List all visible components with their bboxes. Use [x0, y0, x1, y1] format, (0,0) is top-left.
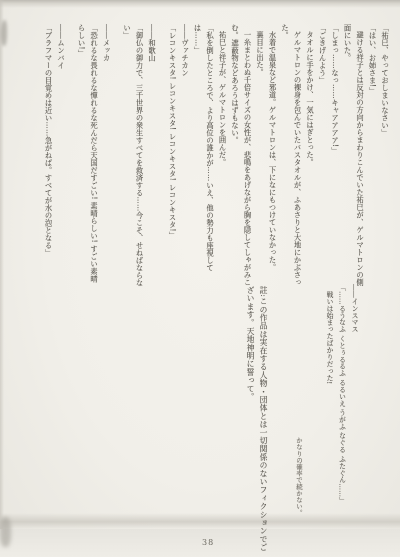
page-number: 38: [202, 538, 214, 547]
dialogue-line: 「御仏の御力で、三千世界の衆生すべてを救済する……今こそ、せねばならない」: [121, 24, 146, 287]
attribution-line: ――メッカ: [100, 24, 113, 287]
narration-line: 一糸まとわぬ千倍サイズの女性が、悲鳴をあげながら胸を隠してしゃがみこむ。遮蔽物な…: [229, 24, 254, 287]
scan-edge-left: [0, 0, 4, 557]
story-text-block: 「祐巳、やっておしまいなさい」 「はい、お姉さま!」 避ける祥子とは反対の方向か…: [42, 24, 391, 287]
dialogue-line: 「私を倒したところで、より高位の誰かが……いえ、他の勢力も座視しては……」: [191, 24, 216, 287]
narration-line: 水着で温泉など邪道。ゲルマトロンは、下になにもつけていなかった。: [266, 24, 279, 287]
dialogue-line: 「恐れるな畏れるな憚れるな死んだら天国だすごい! 素晴らしい! すごい素晴らしい…: [75, 24, 100, 287]
narration-line: 祐巳と祥子が、ゲルマトロンを囲んだ。: [216, 24, 229, 287]
closing-block: ――インスマス 「……るうなふ くとぅるるふ るるいえ うがふ なぐる ふたぐん…: [323, 284, 361, 542]
dialogue-line: 「ごきげんよう」: [316, 24, 329, 287]
disclaimer-line: 註:この作品は実在する人物・団体とは一切関係のないフィクションでございます。天地…: [244, 286, 270, 557]
continuation-aside: かなりの確率で続かない。: [294, 437, 304, 549]
narration-line: 避ける祥子とは反対の方向からまわりこんでいた祐巳が、ゲルマトロンの側面にいた。: [341, 24, 366, 287]
corner-smudge-top-left: [1, 20, 7, 46]
attribution-line: ――ムンバイ: [55, 24, 68, 287]
dialogue-line: 「祐巳、やっておしまいなさい」: [379, 24, 392, 287]
narration-line: ゲルマトロンの裸身を包んでいたバスタオルが、ふあさりと大地にかぶさった。: [279, 24, 304, 287]
dialogue-line: 「はい、お姉さま!」: [366, 24, 379, 287]
narration-line: タオルに手をかけ、一気にはぎとった。: [304, 24, 317, 287]
disclaimer-note: 註:この作品は実在する人物・団体とは一切関係のないフィクションでございます。天地…: [244, 286, 270, 557]
narration-line: 戦いは始まったばかりだった!: [323, 284, 336, 542]
dialogue-line: 「レコンキスタ! レコンキスタ! レコンキスタ! レコンキスタ!」: [166, 24, 179, 287]
scan-edge-top: [0, 0, 400, 8]
attribution-line: ――インスマス: [348, 284, 361, 542]
dialogue-line: 「ブラフマーの目覚めは近い……急がねば。すべてが水の泡となる」: [42, 24, 55, 287]
attribution-line: ――和歌山: [146, 24, 159, 287]
dialogue-line: 「……るうなふ くとぅるるふ るるいえ うがふ なぐる ふたぐん……」: [335, 284, 348, 542]
attribution-line: ――ヴァチカン: [179, 24, 192, 287]
dialogue-line: 「しまっ……なっ……キャアアアア!」: [329, 24, 342, 287]
scanned-page: 「祐巳、やっておしまいなさい」 「はい、お姉さま!」 避ける祥子とは反対の方向か…: [0, 0, 400, 557]
corner-smudge-bottom-left: [0, 517, 11, 547]
narration-line: 裏目に出た。: [254, 24, 267, 287]
aside-line: かなりの確率で続かない。: [294, 437, 304, 549]
